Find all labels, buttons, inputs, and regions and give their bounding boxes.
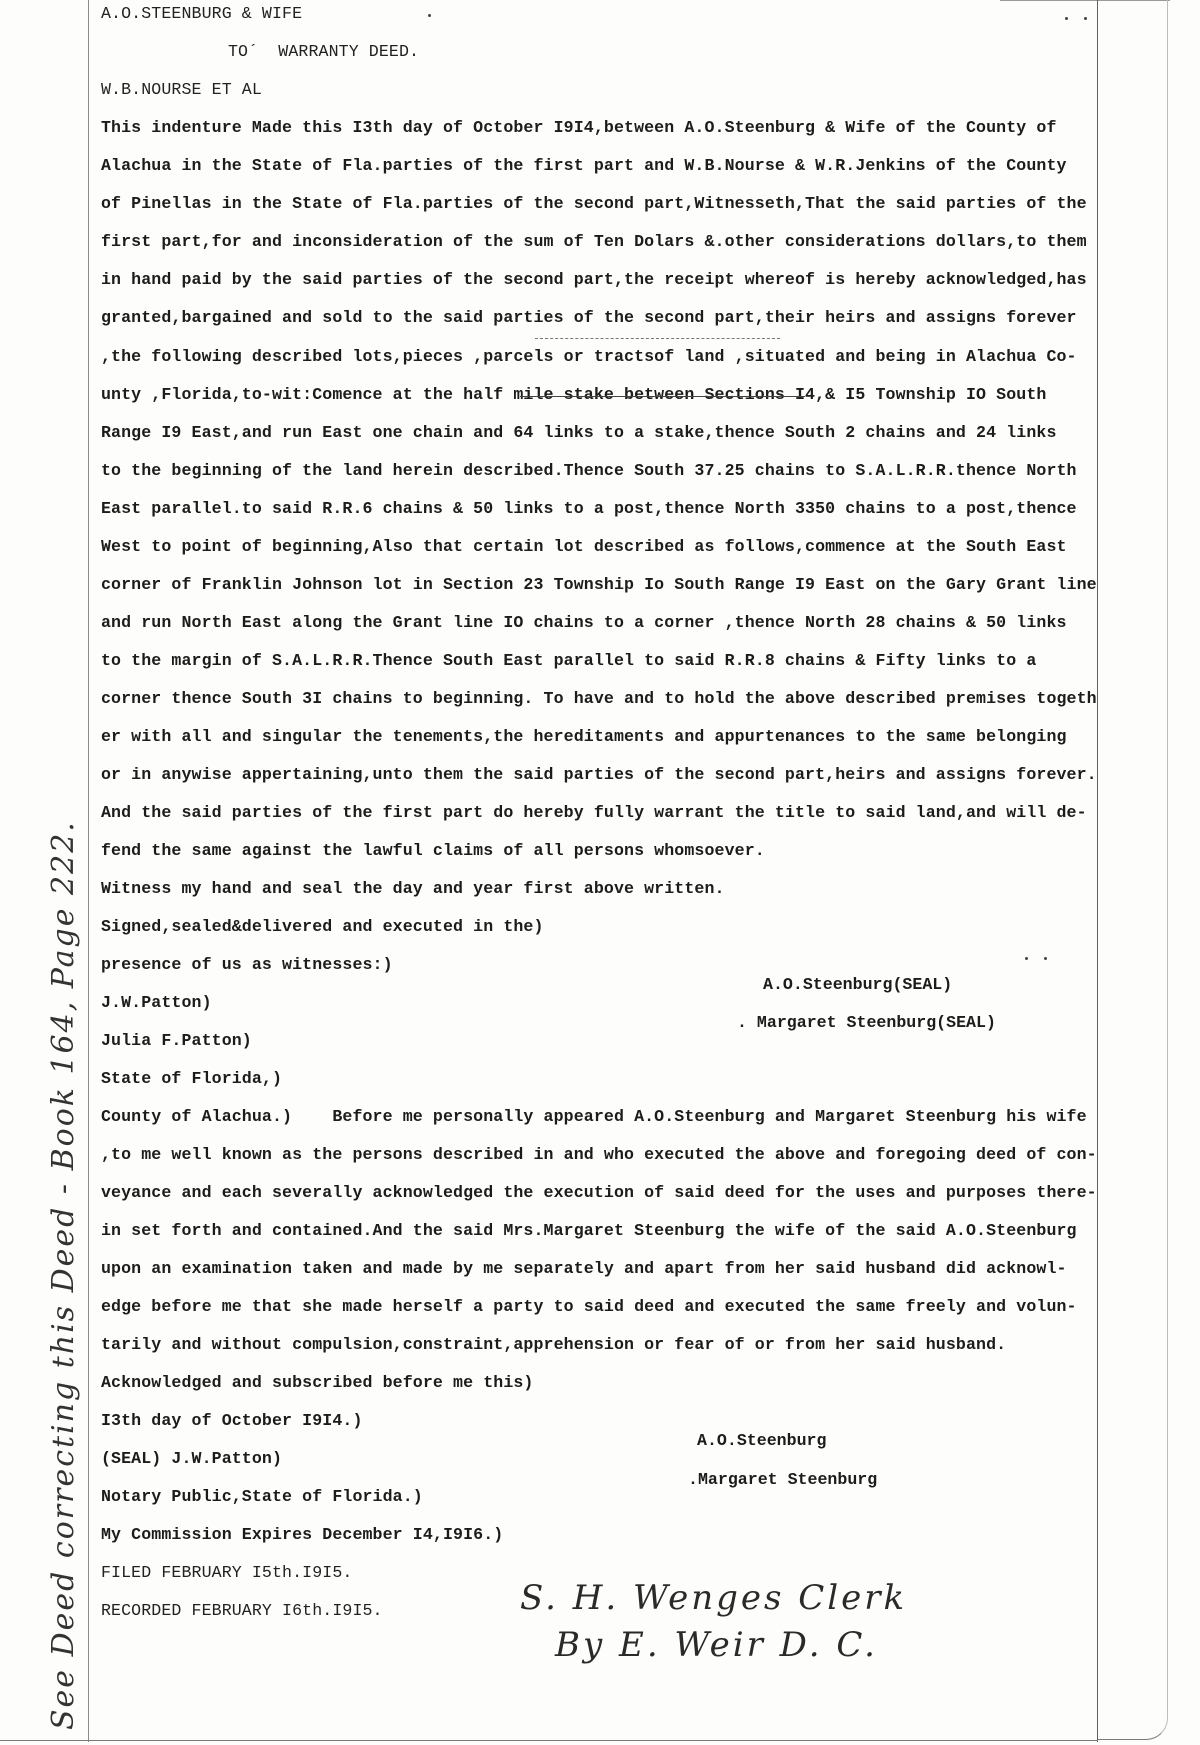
body-line: first part,for and inconsideration of th… (101, 232, 1087, 252)
body-line: ,the following described lots,pieces ,pa… (101, 347, 1077, 367)
body-line: er with all and singular the tenements,t… (101, 727, 1067, 747)
grantor-heading: A.O.STEENBURG & WIFE (101, 4, 302, 24)
body-line: and run North East along the Grant line … (101, 613, 1067, 633)
acknowledgment-line: edge before me that she made herself a p… (101, 1297, 1077, 1317)
scan-speck (1065, 17, 1068, 20)
witness-line: Signed,sealed&delivered and executed in … (101, 917, 544, 937)
ack-signature-2: .Margaret Steenburg (688, 1470, 877, 1490)
body-line: unty ,Florida,to-wit:Comence at the half… (101, 385, 1046, 405)
page-edge (1098, 0, 1168, 1740)
bottom-rule (0, 1740, 1098, 1741)
scan-speck (1044, 957, 1047, 960)
scan-speck (428, 14, 431, 17)
witness-clause: Witness my hand and seal the day and yea… (101, 879, 725, 899)
margin-note-handwritten: See Deed correcting this Deed - Book 164… (46, 820, 81, 1730)
body-line: corner thence South 3I chains to beginni… (101, 689, 1097, 709)
strikethrough-mark (520, 396, 805, 397)
recorded-date: RECORDED FEBRUARY I6th.I9I5. (101, 1601, 383, 1621)
notary-seal-line: (SEAL) J.W.Patton) (101, 1449, 282, 1469)
grantor-signature-2: . Margaret Steenburg(SEAL) (737, 1013, 996, 1033)
body-line: This indenture Made this I3th day of Oct… (101, 118, 1057, 138)
acknowledgment-line: County of Alachua.) Before me personally… (101, 1107, 1087, 1127)
clerk-signature-handwritten: S. H. Wenges Clerk (520, 1578, 907, 1618)
body-line: to the margin of S.A.L.R.R.Thence South … (101, 651, 1036, 671)
body-line: fend the same against the lawful claims … (101, 841, 765, 861)
body-line: West to point of beginning,Also that cer… (101, 537, 1067, 557)
body-line: to the beginning of the land herein desc… (101, 461, 1077, 481)
commission-expiry: My Commission Expires December I4,I9I6.) (101, 1525, 503, 1545)
body-line: Range I9 East,and run East one chain and… (101, 423, 1057, 443)
ack-signature-1: A.O.Steenburg (697, 1431, 826, 1451)
filed-date: FILED FEBRUARY I5th.I9I5. (101, 1563, 352, 1583)
body-line: Alachua in the State of Fla.parties of t… (101, 156, 1067, 176)
acknowledgment-line: upon an examination taken and made by me… (101, 1259, 1067, 1279)
body-line: East parallel.to said R.R.6 chains & 50 … (101, 499, 1077, 519)
deed-page: A.O.STEENBURG & WIFE TO´ WARRANTY DEED. … (0, 0, 1200, 1745)
body-line: of Pinellas in the State of Fla.parties … (101, 194, 1087, 214)
body-line: or in anywise appertaining,unto them the… (101, 765, 1097, 785)
left-margin-rule (88, 0, 89, 1742)
body-line: granted,bargained and sold to the said p… (101, 308, 1077, 328)
body-line: corner of Franklin Johnson lot in Sectio… (101, 575, 1097, 595)
acknowledgment-line: veyance and each severally acknowledged … (101, 1183, 1097, 1203)
scan-speck (1084, 17, 1087, 20)
acknowledgment-venue: State of Florida,) (101, 1069, 282, 1089)
witness-name: J.W.Patton) (101, 993, 212, 1013)
acknowledgment-line: tarily and without compulsion,constraint… (101, 1335, 1006, 1355)
notary-line: Notary Public,State of Florida.) (101, 1487, 423, 1507)
acknowledgment-line: ,to me well known as the persons describ… (101, 1145, 1097, 1165)
grantor-signature-1: A.O.Steenburg(SEAL) (763, 975, 952, 995)
acknowledgment-line: in set forth and contained.And the said … (101, 1221, 1077, 1241)
notary-line: I3th day of October I9I4.) (101, 1411, 363, 1431)
notary-line: Acknowledged and subscribed before me th… (101, 1373, 534, 1393)
witness-line: presence of us as witnesses:) (101, 955, 393, 975)
deputy-clerk-signature-handwritten: By E. Weir D. C. (555, 1625, 878, 1665)
scan-speck (1025, 957, 1028, 960)
grantee-heading: W.B.NOURSE ET AL (101, 80, 262, 100)
witness-name: Julia F.Patton) (101, 1031, 252, 1051)
dashed-underline (535, 338, 780, 339)
deed-title: TO´ WARRANTY DEED. (228, 42, 419, 62)
body-line: And the said parties of the first part d… (101, 803, 1087, 823)
body-line: in hand paid by the said parties of the … (101, 270, 1087, 290)
